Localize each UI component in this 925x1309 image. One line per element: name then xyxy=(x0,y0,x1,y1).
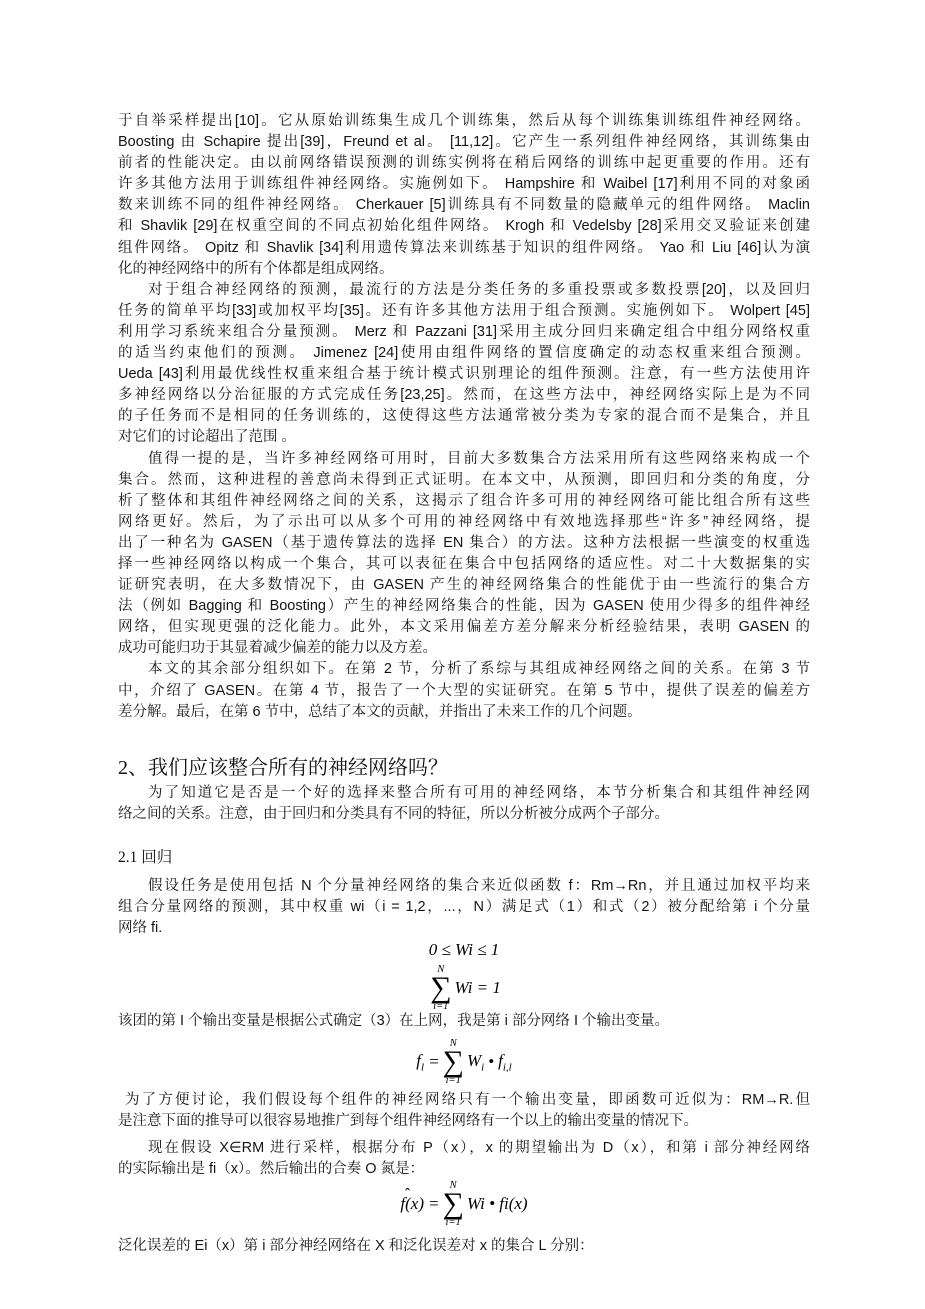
text-line: 为了知道它是否是一个好的选择来整合所有可用的神经网络，本节分析集合和其组件神经网 xyxy=(118,783,810,804)
f-hat: fˆ xyxy=(400,1194,405,1214)
text-line: 集合。然而，这种进程的善意尚未得到正式证明。在本文中，从预测，即回归和分类的角度… xyxy=(118,470,810,491)
text-line: 对于组合神经网络的预测，最流行的方法是分类任务的多重投票或多数投票[20]，以及… xyxy=(118,280,810,301)
formula-lhs: fˆ(x) xyxy=(400,1194,424,1214)
text-body: 于自举采样提出[10]。它从原始训练集生成几个训练集，然后从每个训练集训练组件神… xyxy=(118,111,810,1257)
sum-symbol: N ∑ i=1 xyxy=(443,1038,464,1086)
formula-weight-bounds: 0 ≤ Wi ≤ 1 xyxy=(118,940,810,960)
paragraph-regression-setup: 假设任务是使用包括 N 个分量神经网络的集合来近似函数 f：Rm→Rn，并且通过… xyxy=(118,876,810,939)
text-line: 于自举采样提出[10]。它从原始训练集生成几个训练集，然后从每个训练集训练组件神… xyxy=(118,111,810,132)
text-line: 对它们的讨论超出了范围 。 xyxy=(118,427,810,448)
paragraph-paper-organization: 本文的其余部分组织如下。在第 2 节，分析了系综与其组成神经网络之间的关系。在第… xyxy=(118,659,810,722)
sigma-icon: ∑ xyxy=(442,1191,463,1217)
paragraph-combining-predictions: 对于组合神经网络的预测，最流行的方法是分类任务的多重投票或多数投票[20]，以及… xyxy=(118,280,810,449)
text-line: 为了方便讨论，我们假设每个组件的神经网络只有一个输出变量，即函数可近似为：RM→… xyxy=(118,1090,810,1111)
text-line: 中，介绍了 GASEN。在第 4 节，报告了一个大型的实证研究。在第 5 节中，… xyxy=(118,681,810,702)
sum-lower-limit: i=1 xyxy=(446,1075,461,1086)
subsection-2-1-heading: 2.1 回归 xyxy=(118,847,810,868)
text-line: 许多其他方法用于训练组件神经网络。实施例如下。 Hampshire 和 Waib… xyxy=(118,174,810,195)
text-line: 法（例如 Bagging 和 Boosting）产生的神经网络集合的性能，因为 … xyxy=(118,596,810,617)
formula-expression: Wi • fi(x) xyxy=(467,1194,528,1214)
text-line: 化的神经网络中的所有个体都是组成网络。 xyxy=(118,259,810,280)
text-line: 值得一提的是，当许多神经网络可用时，目前大多数集合方法采用所有这些网络来构成一个 xyxy=(118,449,810,470)
subscript: i xyxy=(481,1062,484,1074)
text-line: 组合分量网络的预测，其中权重 wi（i = 1,2，...，N）满足式（1）和式… xyxy=(118,897,810,918)
text-line: 前者的性能决定。由以前网络错误预测的训练实例将在稍后网络的训练中起更重要的作用。… xyxy=(118,153,810,174)
text-line: 利用学习系统来组合分量预测。 Merz 和 Pazzani [31]采用主成分回… xyxy=(118,322,810,343)
equals-sign: = xyxy=(428,1194,439,1214)
paragraph-bagging-boosting: 于自举采样提出[10]。它从原始训练集生成几个训练集，然后从每个训练集训练组件神… xyxy=(118,111,810,280)
equals-sign: = xyxy=(428,1052,439,1072)
text-line: Boosting 由 Schapire 提出[39]，Freund et al。… xyxy=(118,132,810,153)
text-line: 络之间的关系。注意，由于回归和分类具有不同的特征，所以分析被分成两个子部分。 xyxy=(118,804,810,825)
text-line: 组件网络。 Opitz 和 Shavlik [34]利用遗传算法来训练基于知识的… xyxy=(118,238,810,259)
text-line: 析了整体和其组件神经网络之间的关系，这揭示了组合许多可用的神经网络可能比组合所有… xyxy=(118,491,810,512)
section-2-heading: 2、我们应该整合所有的神经网络吗？ xyxy=(118,753,810,783)
text-line: 网络，但实现更强的泛化能力。此外，本文采用偏差方差分解来分析经验结果，表明 GA… xyxy=(118,617,810,638)
text-line: 出了一种名为 GASEN（基于遗传算法的选择 EN 集合）的方法。这种方法根据一… xyxy=(118,533,810,554)
text-line: 差分解。最后，在第 6 节中，总结了本文的贡献，并指出了未来工作的几个问题。 xyxy=(118,702,810,723)
text-line: 成功可能归功于其显着减少偏差的能力以及方差。 xyxy=(118,638,810,659)
hat-accent: ˆ xyxy=(405,1186,410,1204)
formula-ensemble-output: fl = N ∑ i=1 Wi • fi,l xyxy=(118,1038,810,1086)
formula-expression: Wi = 1 xyxy=(454,978,500,998)
dot-operator: • xyxy=(488,1052,494,1072)
text-line: 网络更好。然后，为了示出可以从多个可用的神经网络中有效地选择那些“许多”神经网络… xyxy=(118,512,810,533)
formula-weight-sum: N ∑ i=1 Wi = 1 xyxy=(118,965,810,1011)
sigma-icon: ∑ xyxy=(443,1049,464,1075)
sum-lower-limit: i=1 xyxy=(446,1217,461,1228)
text-line: 多神经网络以分治征服的方式完成任务[23,25]。然而，在这些方法中，神经网络实… xyxy=(118,385,810,406)
paragraph-sampling-setup: 现在假设 X∈RM 进行采样，根据分布 P（x），x 的期望输出为 D（x），和… xyxy=(118,1138,810,1180)
text-line: 该团的第 I 个输出变量是根据公式确定（3）在上网，我是第 i 部分网络 I 个… xyxy=(118,1011,810,1032)
paragraph-generalization-error: 泛化误差的 Ei（x）第 i 部分神经网络在 X 和泛化误差对 x 的集合 L … xyxy=(118,1236,810,1257)
formula-lhs: fl xyxy=(416,1051,424,1073)
paragraph-single-output-assumption: 为了方便讨论，我们假设每个组件的神经网络只有一个输出变量，即函数可近似为：RM→… xyxy=(118,1090,810,1132)
formula-ensemble-prediction: fˆ(x) = N ∑ i=1 Wi • fi(x) xyxy=(118,1181,810,1227)
text-line: 的实际输出是 fi（x）。然后输出的合奏 O 氮是： xyxy=(118,1159,810,1180)
text-line: 任务的简单平均[33]或加权平均[35]。还有许多其他方法用于组合预测。实施例如… xyxy=(118,301,810,322)
text-line: 本文的其余部分组织如下。在第 2 节，分析了系综与其组成神经网络之间的关系。在第… xyxy=(118,659,810,680)
sum-symbol: N ∑ i=1 xyxy=(442,1180,463,1228)
text-line: 的子任务而不是相同的任务训练的，这使得这些方法通常被分类为专家的混合而不是集合，… xyxy=(118,406,810,427)
sigma-icon: ∑ xyxy=(430,975,451,1001)
paragraph-output-variable: 该团的第 I 个输出变量是根据公式确定（3）在上网，我是第 i 部分网络 I 个… xyxy=(118,1011,810,1032)
text-line: 假设任务是使用包括 N 个分量神经网络的集合来近似函数 f：Rm→Rn，并且通过… xyxy=(118,876,810,897)
text-line: 是注意下面的推导可以很容易地推广到每个组件神经网络有一个以上的输出变量的情况下。 xyxy=(118,1111,810,1132)
text-line: 数来训练不同的组件神经网络。 Cherkauer [5]训练具有不同数量的隐藏单… xyxy=(118,195,810,216)
weight-term: Wi xyxy=(467,1051,484,1073)
document-page: 于自举采样提出[10]。它从原始训练集生成几个训练集，然后从每个训练集训练组件神… xyxy=(0,0,925,1309)
formula-expression: 0 ≤ Wi ≤ 1 xyxy=(429,940,500,960)
paragraph-section2-intro: 为了知道它是否是一个好的选择来整合所有可用的神经网络，本节分析集合和其组件神经网… xyxy=(118,783,810,825)
text-line: Ueda [43]利用最优线性权重来组合基于统计模式识别理论的组件预测。注意，有… xyxy=(118,364,810,385)
text-line: 和 Shavlik [29]在权重空间的不同点初始化组件网络。 Krogh 和 … xyxy=(118,216,810,237)
sum-symbol: N ∑ i=1 xyxy=(430,964,451,1012)
text-line: 的适当约束他们的预测。 Jimenez [24]使用由组件网络的置信度确定的动态… xyxy=(118,343,810,364)
paragraph-gasen-intro: 值得一提的是，当许多神经网络可用时，目前大多数集合方法采用所有这些网络来构成一个… xyxy=(118,449,810,660)
subscript: i,l xyxy=(503,1062,512,1074)
text-line: 择一些神经网络以构成一个集合，其可以表征在集合中包括网络的适应性。对二十大数据集… xyxy=(118,554,810,575)
text-line: 证研究表明，在大多数情况下，由 GASEN 产生的神经网络集合的性能优于由一些流… xyxy=(118,575,810,596)
subscript: l xyxy=(421,1062,424,1074)
text-line: 现在假设 X∈RM 进行采样，根据分布 P（x），x 的期望输出为 D（x），和… xyxy=(118,1138,810,1159)
text-line: 泛化误差的 Ei（x）第 i 部分神经网络在 X 和泛化误差对 x 的集合 L … xyxy=(118,1236,810,1257)
text-line: 网络 fi. xyxy=(118,918,810,939)
component-term: fi,l xyxy=(498,1051,512,1073)
